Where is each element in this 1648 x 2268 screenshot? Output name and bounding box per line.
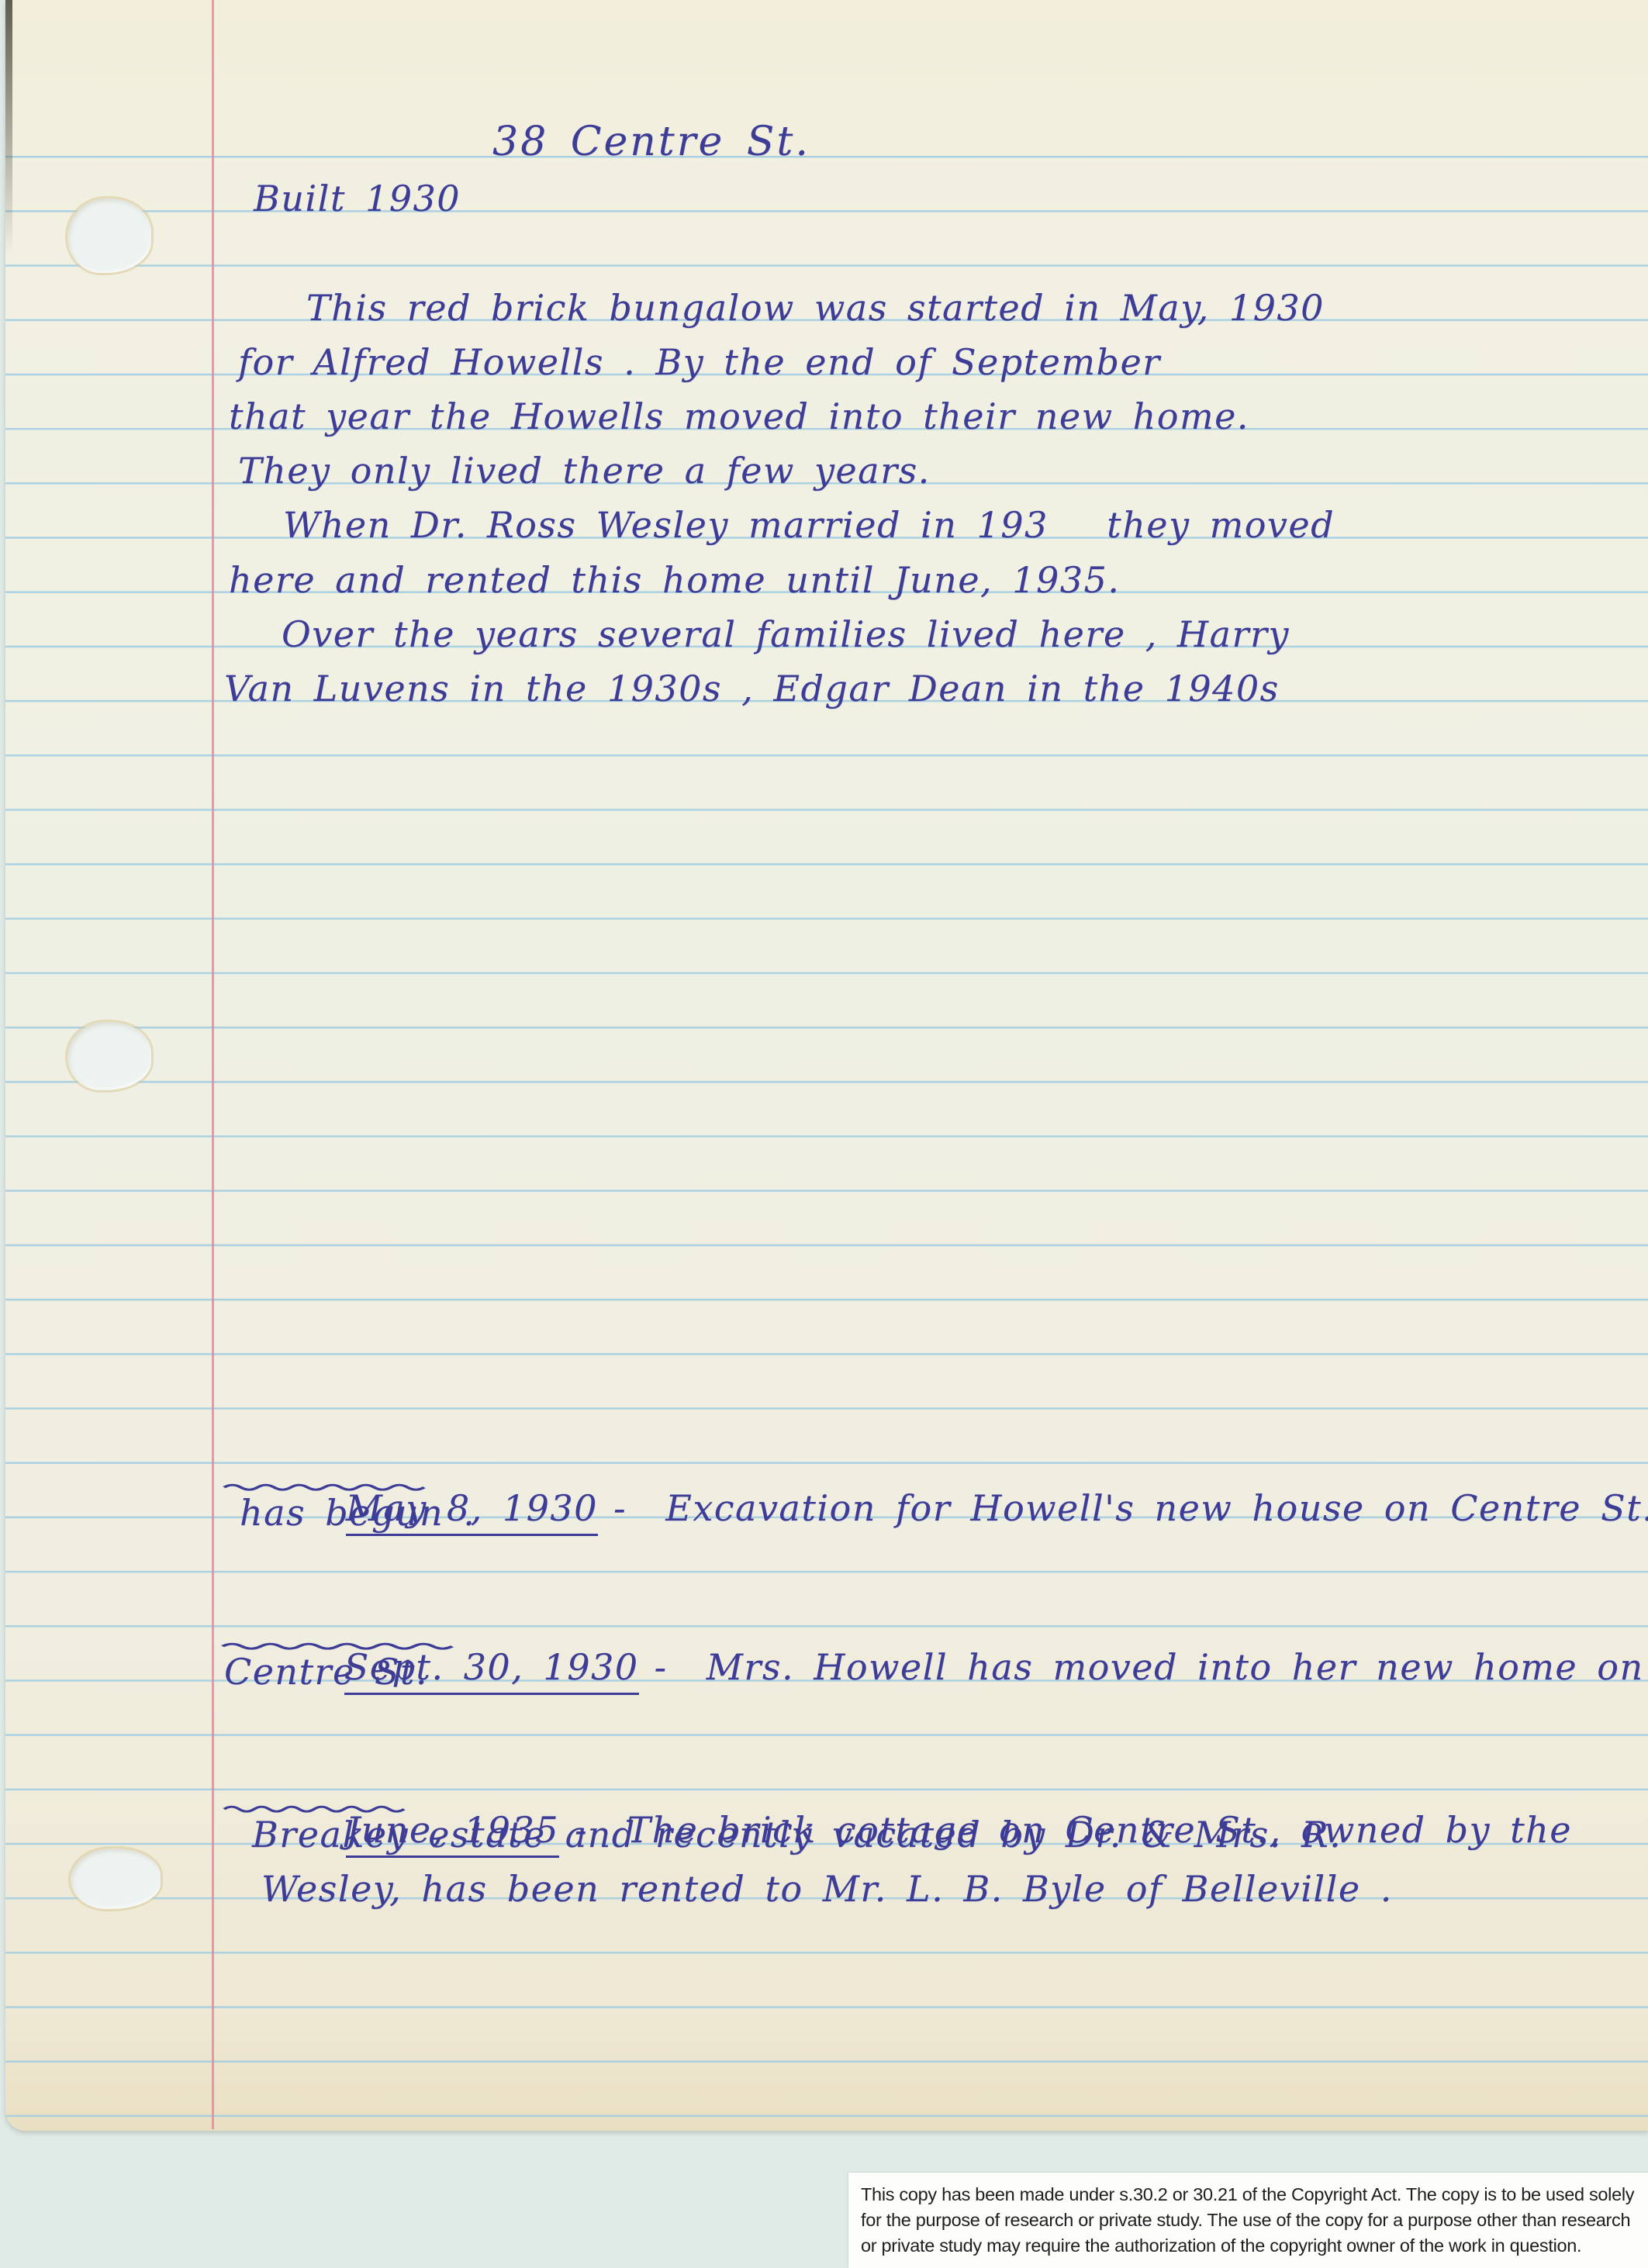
handwriting-line: Van Luvens in the 1930s , Edgar Dean in … <box>224 664 1280 713</box>
page-subtitle: Built 1930 <box>254 174 461 223</box>
journal-entry-line: Breakey estate and recently vacated by D… <box>252 1810 1342 1859</box>
paper-edge-shadow <box>5 0 12 256</box>
punch-hole-bottom <box>71 1849 161 1909</box>
handwriting-line: here and rented this home until June, 19… <box>229 555 1120 605</box>
journal-entry-line: has begun . <box>240 1488 475 1538</box>
margin-line <box>212 0 214 2129</box>
entry-text: - Mrs. Howell has moved into her new hom… <box>655 1646 1644 1688</box>
punch-hole-middle <box>67 1022 151 1090</box>
entry-text: - Excavation for Howell's new house on C… <box>613 1487 1648 1529</box>
copyright-line: or private study may require the authori… <box>861 2233 1648 2259</box>
copyright-line: for the purpose of research or private s… <box>861 2208 1648 2233</box>
handwriting-line: for Alfred Howells . By the end of Septe… <box>238 337 1161 387</box>
journal-entry-line: Centre St. <box>224 1647 428 1697</box>
copyright-line: This copy has been made under s.30.2 or … <box>861 2182 1648 2208</box>
handwriting-line: This red brick bungalow was started in M… <box>306 283 1325 333</box>
copyright-notice: This copy has been made under s.30.2 or … <box>848 2173 1648 2268</box>
punch-hole-top <box>67 198 151 273</box>
scanned-page: 38 Centre St. Built 1930 This red brick … <box>0 0 1648 2268</box>
notebook-paper: 38 Centre St. Built 1930 This red brick … <box>5 0 1648 2131</box>
journal-entry-line: Wesley, has been rented to Mr. L. B. Byl… <box>261 1864 1393 1914</box>
handwriting-line: They only lived there a few years. <box>238 446 931 495</box>
handwriting-line: that year the Howells moved into their n… <box>229 392 1249 441</box>
handwriting-line: Over the years several families lived he… <box>282 609 1290 659</box>
page-title: 38 Centre St. <box>492 116 810 167</box>
handwriting-line: When Dr. Ross Wesley married in 193 they… <box>283 500 1335 550</box>
